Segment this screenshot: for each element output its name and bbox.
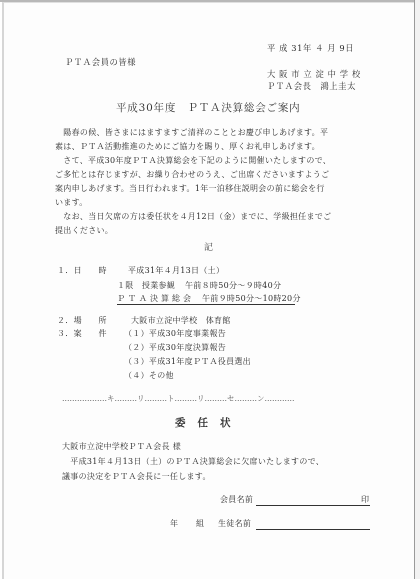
student-name-label: 生徒名前 [218,518,251,529]
schedule-row-time: 午前８時50分～９時40分 [185,280,281,291]
item2-label: ２．場 所 [57,315,107,326]
body-line: います。 [55,197,88,208]
agenda-item: （２）平成30年度決算報告 [124,342,226,353]
body-line: 案内申しあげます。当日行われます。1年一泊移住説明会の前に総会を行 [55,183,325,194]
member-name-field[interactable] [256,505,370,506]
ki-heading: 記 [204,240,213,253]
proxy-line: 平成31年４月13日（土）のＰＴＡ決算総会に欠席いたしますので、 [62,456,324,467]
page-right-edge [414,0,420,579]
schedule-row-name: ＰＴＡ決算総会 [117,294,194,303]
document-title: 平成30年度 ＰＴＡ決算総会ご案内 [116,100,300,115]
agenda-item: （１）平成30年度事業報告 [124,328,226,339]
schedule-row-name: １限 授業参観 [117,280,175,291]
item1-date: 平成31年４月13日（土） [128,265,224,276]
body-line: なお、当日欠席の方は委任状を４月12日（金）までに、学級担任までご [55,211,331,222]
schedule-row-highlight: ＰＴＡ決算総会午前９時50分～10時20分 [117,293,295,305]
body-line: 素は、ＰＴＡ活動推進のためにご協力を賜り、厚くお礼申しあげます。 [55,141,320,152]
agenda-item: （４）その他 [124,370,174,381]
school-name: 大 阪 市 立 淀 中 学 校 [267,68,361,80]
proxy-title: 委任状 [175,415,243,430]
class-label: 組 [196,518,204,529]
item3-label: ３．案 件 [57,328,107,339]
proxy-line: 議事の決定をＰＴＡ会長に一任します。 [62,471,211,482]
item1-label: １．日 時 [57,265,107,276]
cut-line: ………………キ………リ………ト………リ………セ………ン………… [62,393,295,404]
body-line: 陽春の候、皆さまにはますますご清祥のこととお慶び申しあげます。平 [55,127,328,138]
body-line: 提出ください。 [55,225,113,236]
schedule-row-time: 午前９時50分～10時20分 [202,294,301,303]
item2-value: 大阪市立淀中学校 体育館 [131,315,231,326]
grade-label: 年 [170,518,178,529]
sender: ＰＴＡ会長 鴻上圭太 [267,80,356,92]
seal-mark: 印 [361,494,369,505]
body-line: さて、平成30年度ＰＴＡ決算総会を下記のように開催いたしますので、 [55,155,331,166]
agenda-item: （３）平成31年度ＰＴＡ役員選出 [124,356,251,367]
member-name-label: 会員名前 [220,494,253,505]
date: 平 成 31年 ４ 月 9日 [267,42,354,54]
addressee: ＰＴＡ会員の皆様 [65,56,136,68]
body-line: ご多忙とは存じますが、お繰り合わせのうえ、ご出席くださいますようご [55,169,329,180]
student-name-field[interactable] [256,529,370,530]
proxy-addressee: 大阪市立淀中学校ＰＴＡ会長 様 [62,441,181,452]
